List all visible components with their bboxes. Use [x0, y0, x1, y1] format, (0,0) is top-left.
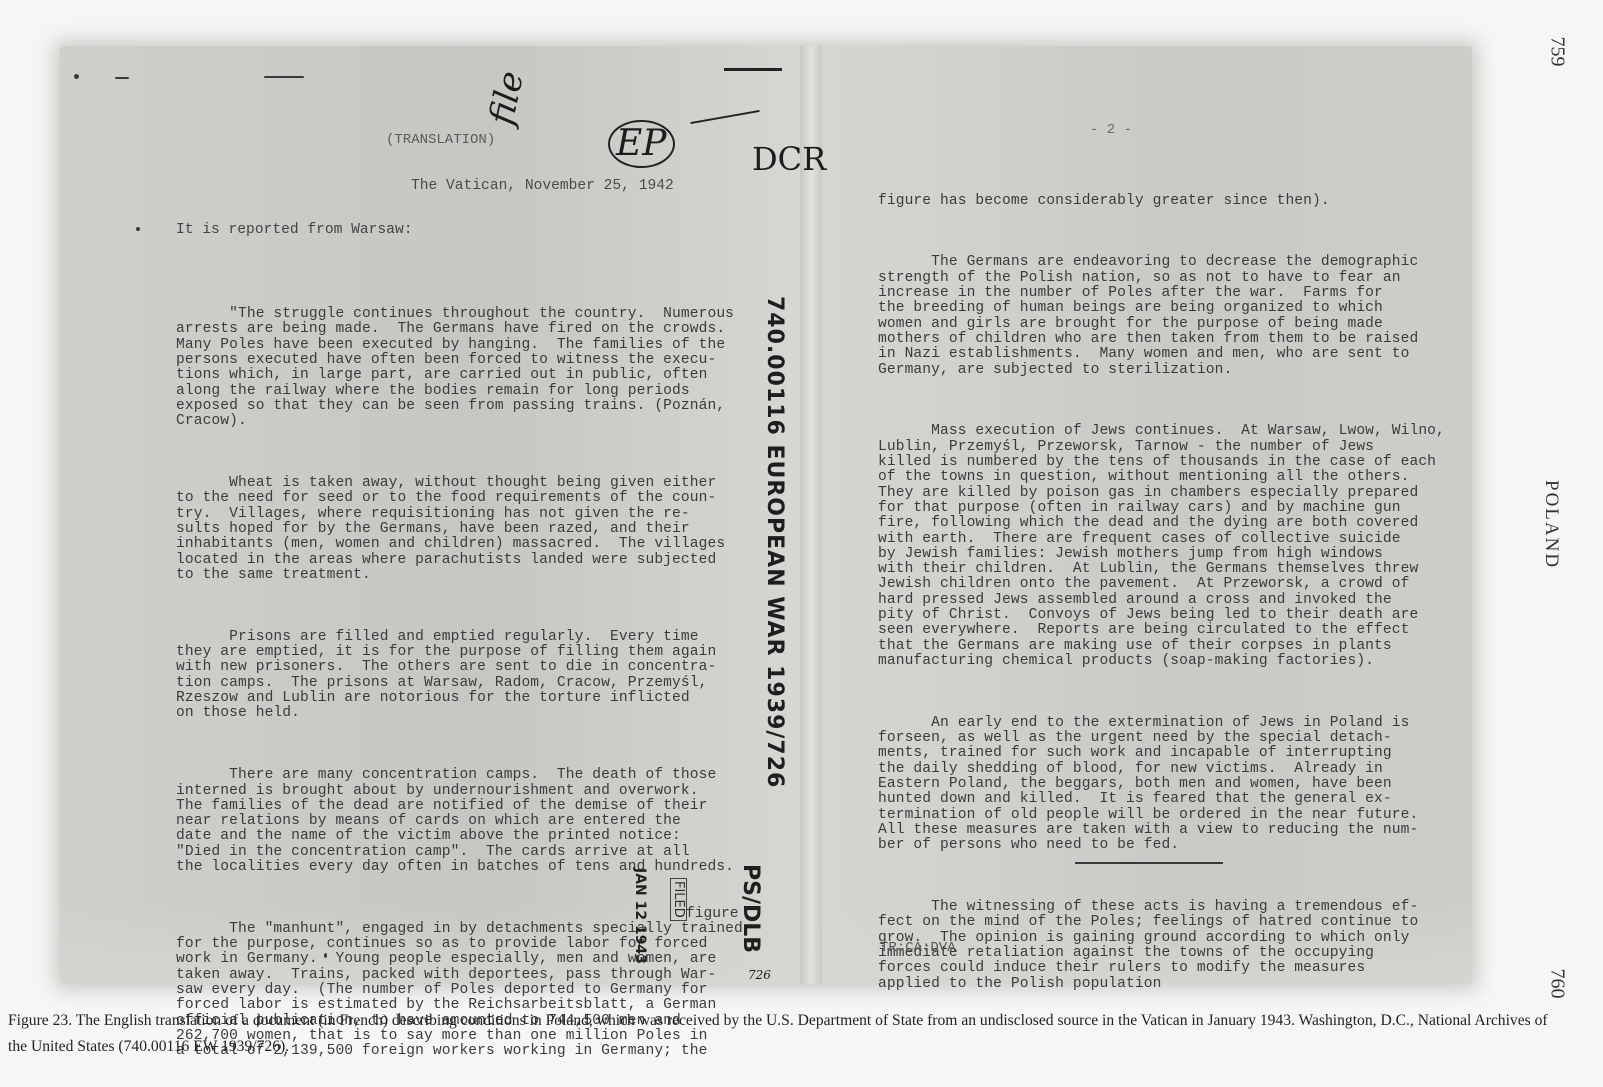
file-number-stamp: 740.00116 EUROPEAN WAR 1939/726	[762, 296, 787, 788]
paragraph: An early end to the extermination of Jew…	[878, 716, 1445, 854]
typed-page-marker: - 2 -	[1090, 122, 1132, 138]
paragraph: figure has become considerably greater s…	[878, 194, 1445, 209]
document-page-1: "The struggle continues throughout the c…	[176, 215, 743, 1087]
catchword: figure	[686, 906, 739, 922]
page-fold-shadow	[800, 46, 822, 984]
book-page-number-bottom: 760	[1546, 969, 1569, 999]
paragraph: Mass execution of Jews continues. At War…	[878, 424, 1445, 669]
running-title: POLAND	[1540, 480, 1562, 569]
paragraph: The witnessing of these acts is having a…	[878, 900, 1445, 992]
handwritten-dcr: DCR	[752, 140, 826, 178]
figure-caption: Figure 23. The English translation of a …	[8, 1008, 1548, 1060]
paragraph: Prisons are filled and emptied regularly…	[176, 630, 743, 722]
paragraph: "The struggle continues throughout the c…	[176, 307, 743, 429]
date-stamp: JAN 12 1943	[632, 868, 648, 964]
handwritten-line	[724, 68, 782, 71]
paragraph: Wheat is taken away, without thought bei…	[176, 476, 743, 583]
office-stamp: PS/DLB	[738, 864, 763, 953]
closing-rule	[1075, 862, 1223, 864]
scan-speck	[264, 76, 304, 78]
paragraph: There are many concentration camps. The …	[176, 768, 743, 875]
book-page-number-top: 759	[1546, 37, 1569, 67]
document-page-2: figure has become considerably greater s…	[878, 163, 1445, 1023]
handwritten-initials: EP	[608, 120, 675, 168]
scan-speck	[136, 227, 140, 231]
paragraph: The Germans are endeavoring to decrease …	[878, 255, 1445, 377]
scan-speck	[74, 74, 79, 79]
scan-speck	[115, 77, 129, 79]
translation-label: (TRANSLATION)	[386, 132, 495, 148]
dateline: The Vatican, November 25, 1942	[411, 178, 674, 194]
typist-initials: TR:CA:DVA	[880, 940, 956, 956]
filed-stamp: FILED	[670, 878, 687, 921]
handwritten-page-number: 726	[748, 968, 771, 982]
